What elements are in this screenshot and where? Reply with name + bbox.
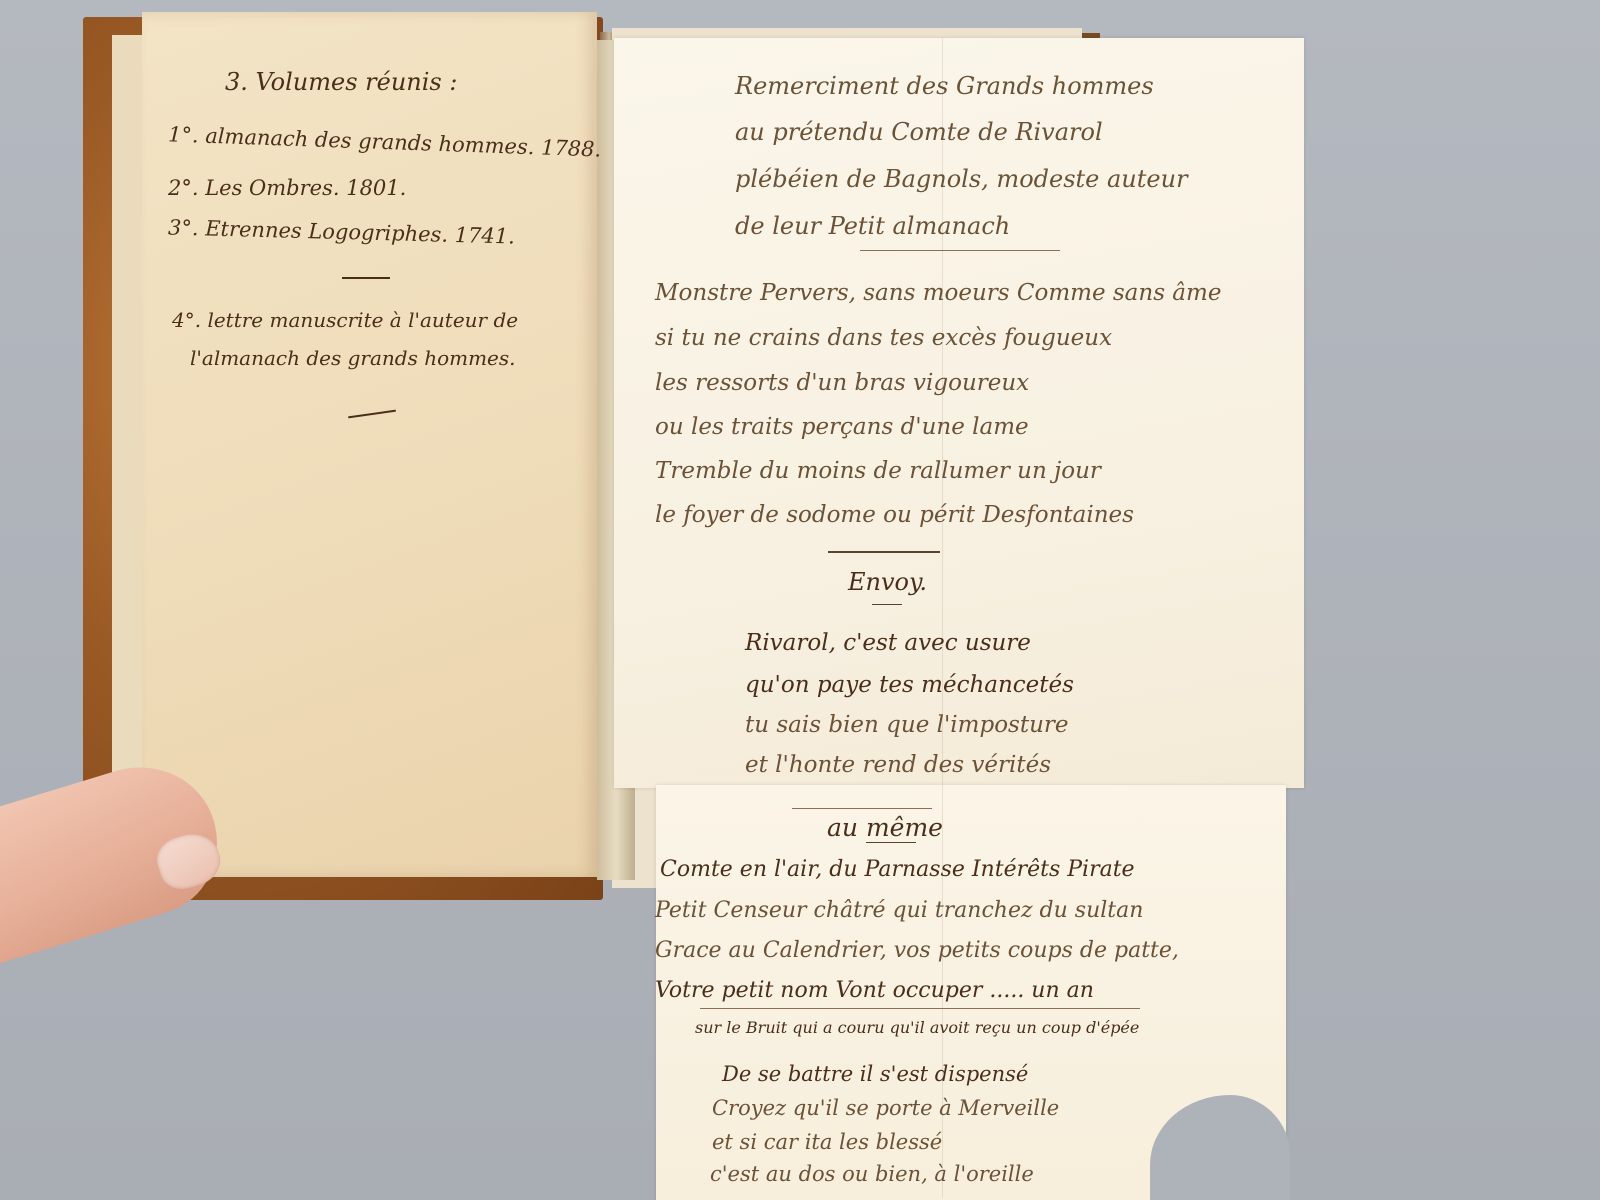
au-meme-heading: au même: [827, 813, 943, 842]
poem-line-5: Tremble du moins de rallumer un jour: [655, 458, 1101, 484]
poem-line-4: ou les traits perçans d'une lame: [655, 414, 1029, 440]
note-heading: sur le Bruit qui a couru qu'il avoit reç…: [695, 1018, 1139, 1037]
letter-title-2: au prétendu Comte de Rivarol: [735, 118, 1103, 146]
title-underline: [860, 250, 1060, 251]
envoy-line-4: et l'honte rend des vérités: [745, 752, 1051, 778]
au-meme-divider: [792, 808, 932, 809]
note-line-1: De se battre il s'est dispensé: [722, 1062, 1028, 1086]
left-item-2: 2°. Les Ombres. 1801.: [168, 176, 406, 200]
poem-line-6: le foyer de sodome ou périt Desfontaines: [655, 502, 1134, 528]
note-line-3: et si car ita les blessé: [712, 1130, 942, 1154]
au-meme-underline-2: [700, 1008, 1140, 1009]
note-line-4: c'est au dos ou bien, à l'oreille: [710, 1162, 1034, 1186]
envoy-line-3: tu sais bien que l'imposture: [745, 712, 1069, 738]
note-line-2: Croyez qu'il se porte à Merveille: [712, 1096, 1059, 1120]
letter-title-3: plébéien de Bagnols, modeste auteur: [735, 165, 1188, 193]
left-heading: 3. Volumes réunis :: [225, 68, 457, 96]
au-meme-underline: [866, 842, 916, 843]
au-meme-line-2: Petit Censeur châtré qui tranchez du sul…: [655, 898, 1143, 923]
left-note-line-1: 4°. lettre manuscrite à l'auteur de: [172, 308, 518, 332]
left-divider-1: [342, 277, 390, 279]
au-meme-line-1: Comte en l'air, du Parnasse Intérêts Pir…: [660, 857, 1135, 882]
poem-divider: [828, 551, 940, 553]
left-note-line-2: l'almanach des grands hommes.: [190, 346, 516, 370]
au-meme-line-4: Votre petit nom Vont occuper ..... un an: [655, 978, 1094, 1003]
poem-line-3: les ressorts d'un bras vigoureux: [655, 370, 1029, 396]
envoy-heading: Envoy.: [848, 568, 927, 596]
letter-title-4: de leur Petit almanach: [735, 212, 1010, 240]
poem-line-2: si tu ne crains dans tes excès fougueux: [655, 325, 1112, 351]
envoy-underline: [872, 604, 902, 605]
poem-line-1: Monstre Pervers, sans moeurs Comme sans …: [655, 280, 1221, 306]
au-meme-line-3: Grace au Calendrier, vos petits coups de…: [655, 938, 1179, 963]
envoy-line-1: Rivarol, c'est avec usure: [745, 630, 1031, 656]
envoy-line-2: qu'on paye tes méchancetés: [745, 672, 1074, 698]
letter-title-1: Remerciment des Grands hommes: [735, 72, 1154, 100]
